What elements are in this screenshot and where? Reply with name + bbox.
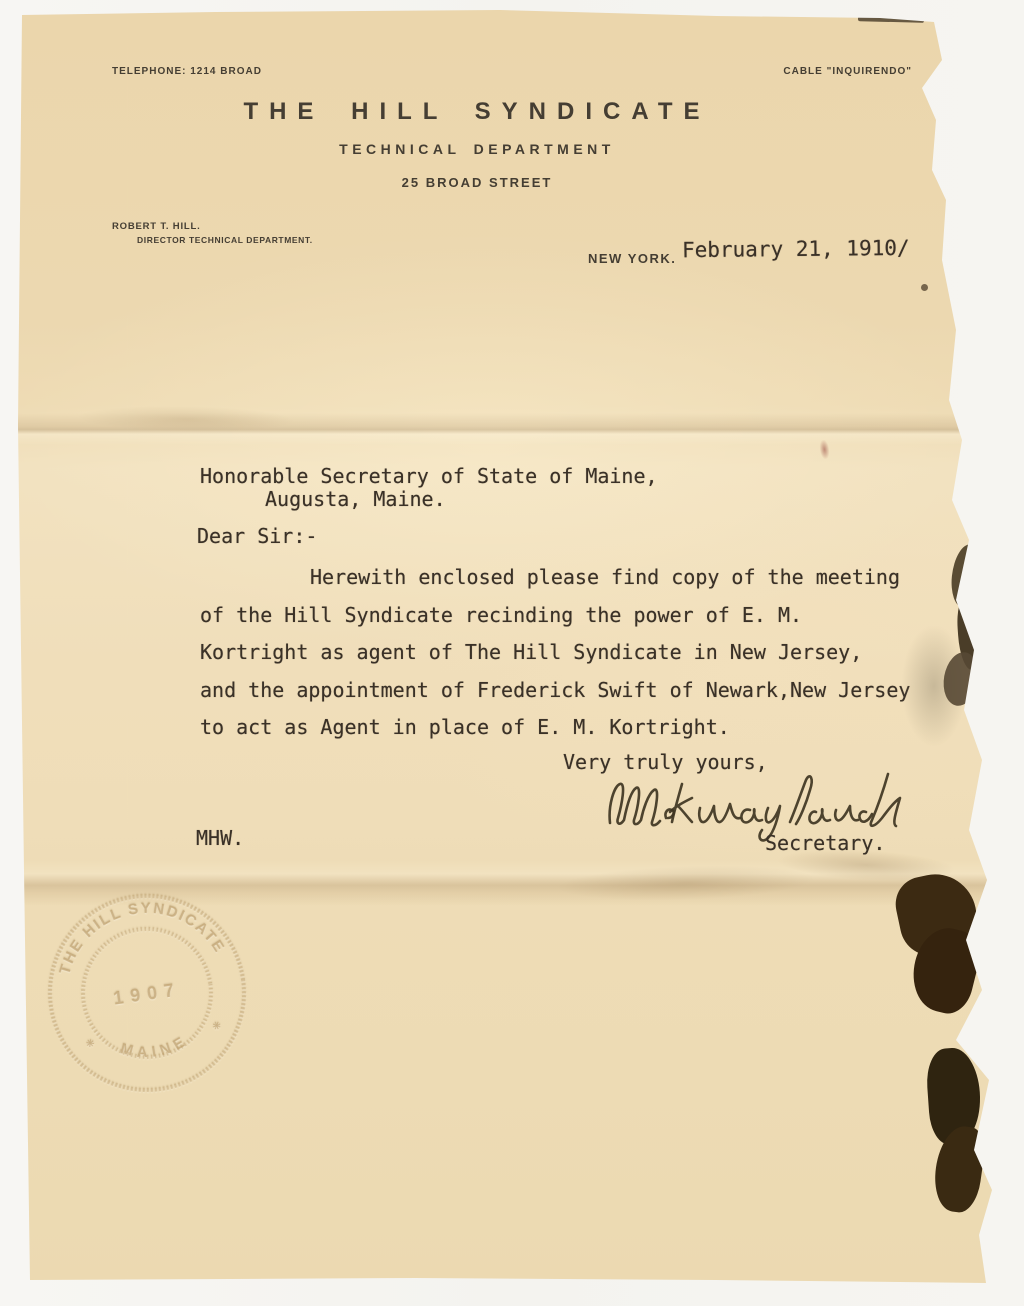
svg-text:MAINE: MAINE — [117, 1031, 194, 1066]
ink-scribble-mark — [819, 439, 831, 459]
stain-blotch — [891, 867, 984, 961]
seal-top-text: THE HILL SYNDICATE — [48, 889, 229, 979]
body-line: to act as Agent in place of E. M. Kortri… — [200, 709, 960, 747]
stain-spot — [921, 284, 928, 291]
letterhead-street-address: 25 BROAD STREET — [16, 175, 938, 190]
stain-top-edge — [858, 16, 924, 23]
letter-body-paragraph: Herewith enclosed please find copy of th… — [200, 559, 960, 747]
seal-year: 1907 — [112, 979, 182, 1008]
paper-wrinkle — [76, 404, 296, 434]
letterhead-cable: CABLE "INQUIRENDO" — [783, 66, 912, 77]
stain-spot — [950, 188, 965, 214]
scanned-letter-photo: TELEPHONE: 1214 BROAD CABLE "INQUIRENDO"… — [0, 0, 1024, 1306]
seal-bottom-text: MAINE — [117, 1031, 194, 1066]
letterhead-company-name: THE HILL SYNDICATE — [16, 98, 938, 126]
letterhead-place: NEW YORK. — [588, 251, 676, 266]
recipient-line: Honorable Secretary of State of Maine, — [200, 464, 658, 488]
body-line: and the appointment of Frederick Swift o… — [200, 672, 960, 710]
typist-initials: MHW. — [196, 826, 244, 850]
body-line: Kortright as agent of The Hill Syndicate… — [200, 634, 960, 672]
letterhead-director-name: ROBERT T. HILL. — [112, 221, 201, 232]
fold-crease-upper — [16, 413, 998, 445]
seal-star-left: ✳ — [84, 1037, 98, 1051]
recipient-city-line: Augusta, Maine. — [265, 487, 446, 511]
signer-title: Secretary. — [765, 831, 885, 855]
body-line: Herewith enclosed please find copy of th… — [200, 559, 960, 597]
salutation: Dear Sir:- — [197, 524, 317, 548]
embossed-seal: THE HILL SYNDICATE MAINE 1907 ✳ ✳ — [28, 874, 265, 1111]
letterhead-director-title: DIRECTOR TECHNICAL DEPARTMENT. — [137, 235, 313, 245]
seal-star-right: ✳ — [210, 1020, 222, 1034]
letter-date: February 21, 1910/ — [682, 236, 910, 262]
stain-blotch — [905, 922, 985, 1019]
stain-edge-burn — [925, 1046, 984, 1145]
letterhead-department: TECHNICAL DEPARTMENT — [16, 141, 938, 157]
letter-paper: TELEPHONE: 1214 BROAD CABLE "INQUIRENDO"… — [16, 8, 998, 1285]
stain-edge-burn — [930, 1123, 988, 1215]
letterhead-telephone: TELEPHONE: 1214 BROAD — [112, 66, 262, 77]
svg-text:THE HILL SYNDICATE: THE HILL SYNDICATE — [48, 889, 229, 979]
body-line: of the Hill Syndicate recinding the powe… — [200, 597, 960, 635]
paper-wrinkle — [555, 861, 816, 904]
